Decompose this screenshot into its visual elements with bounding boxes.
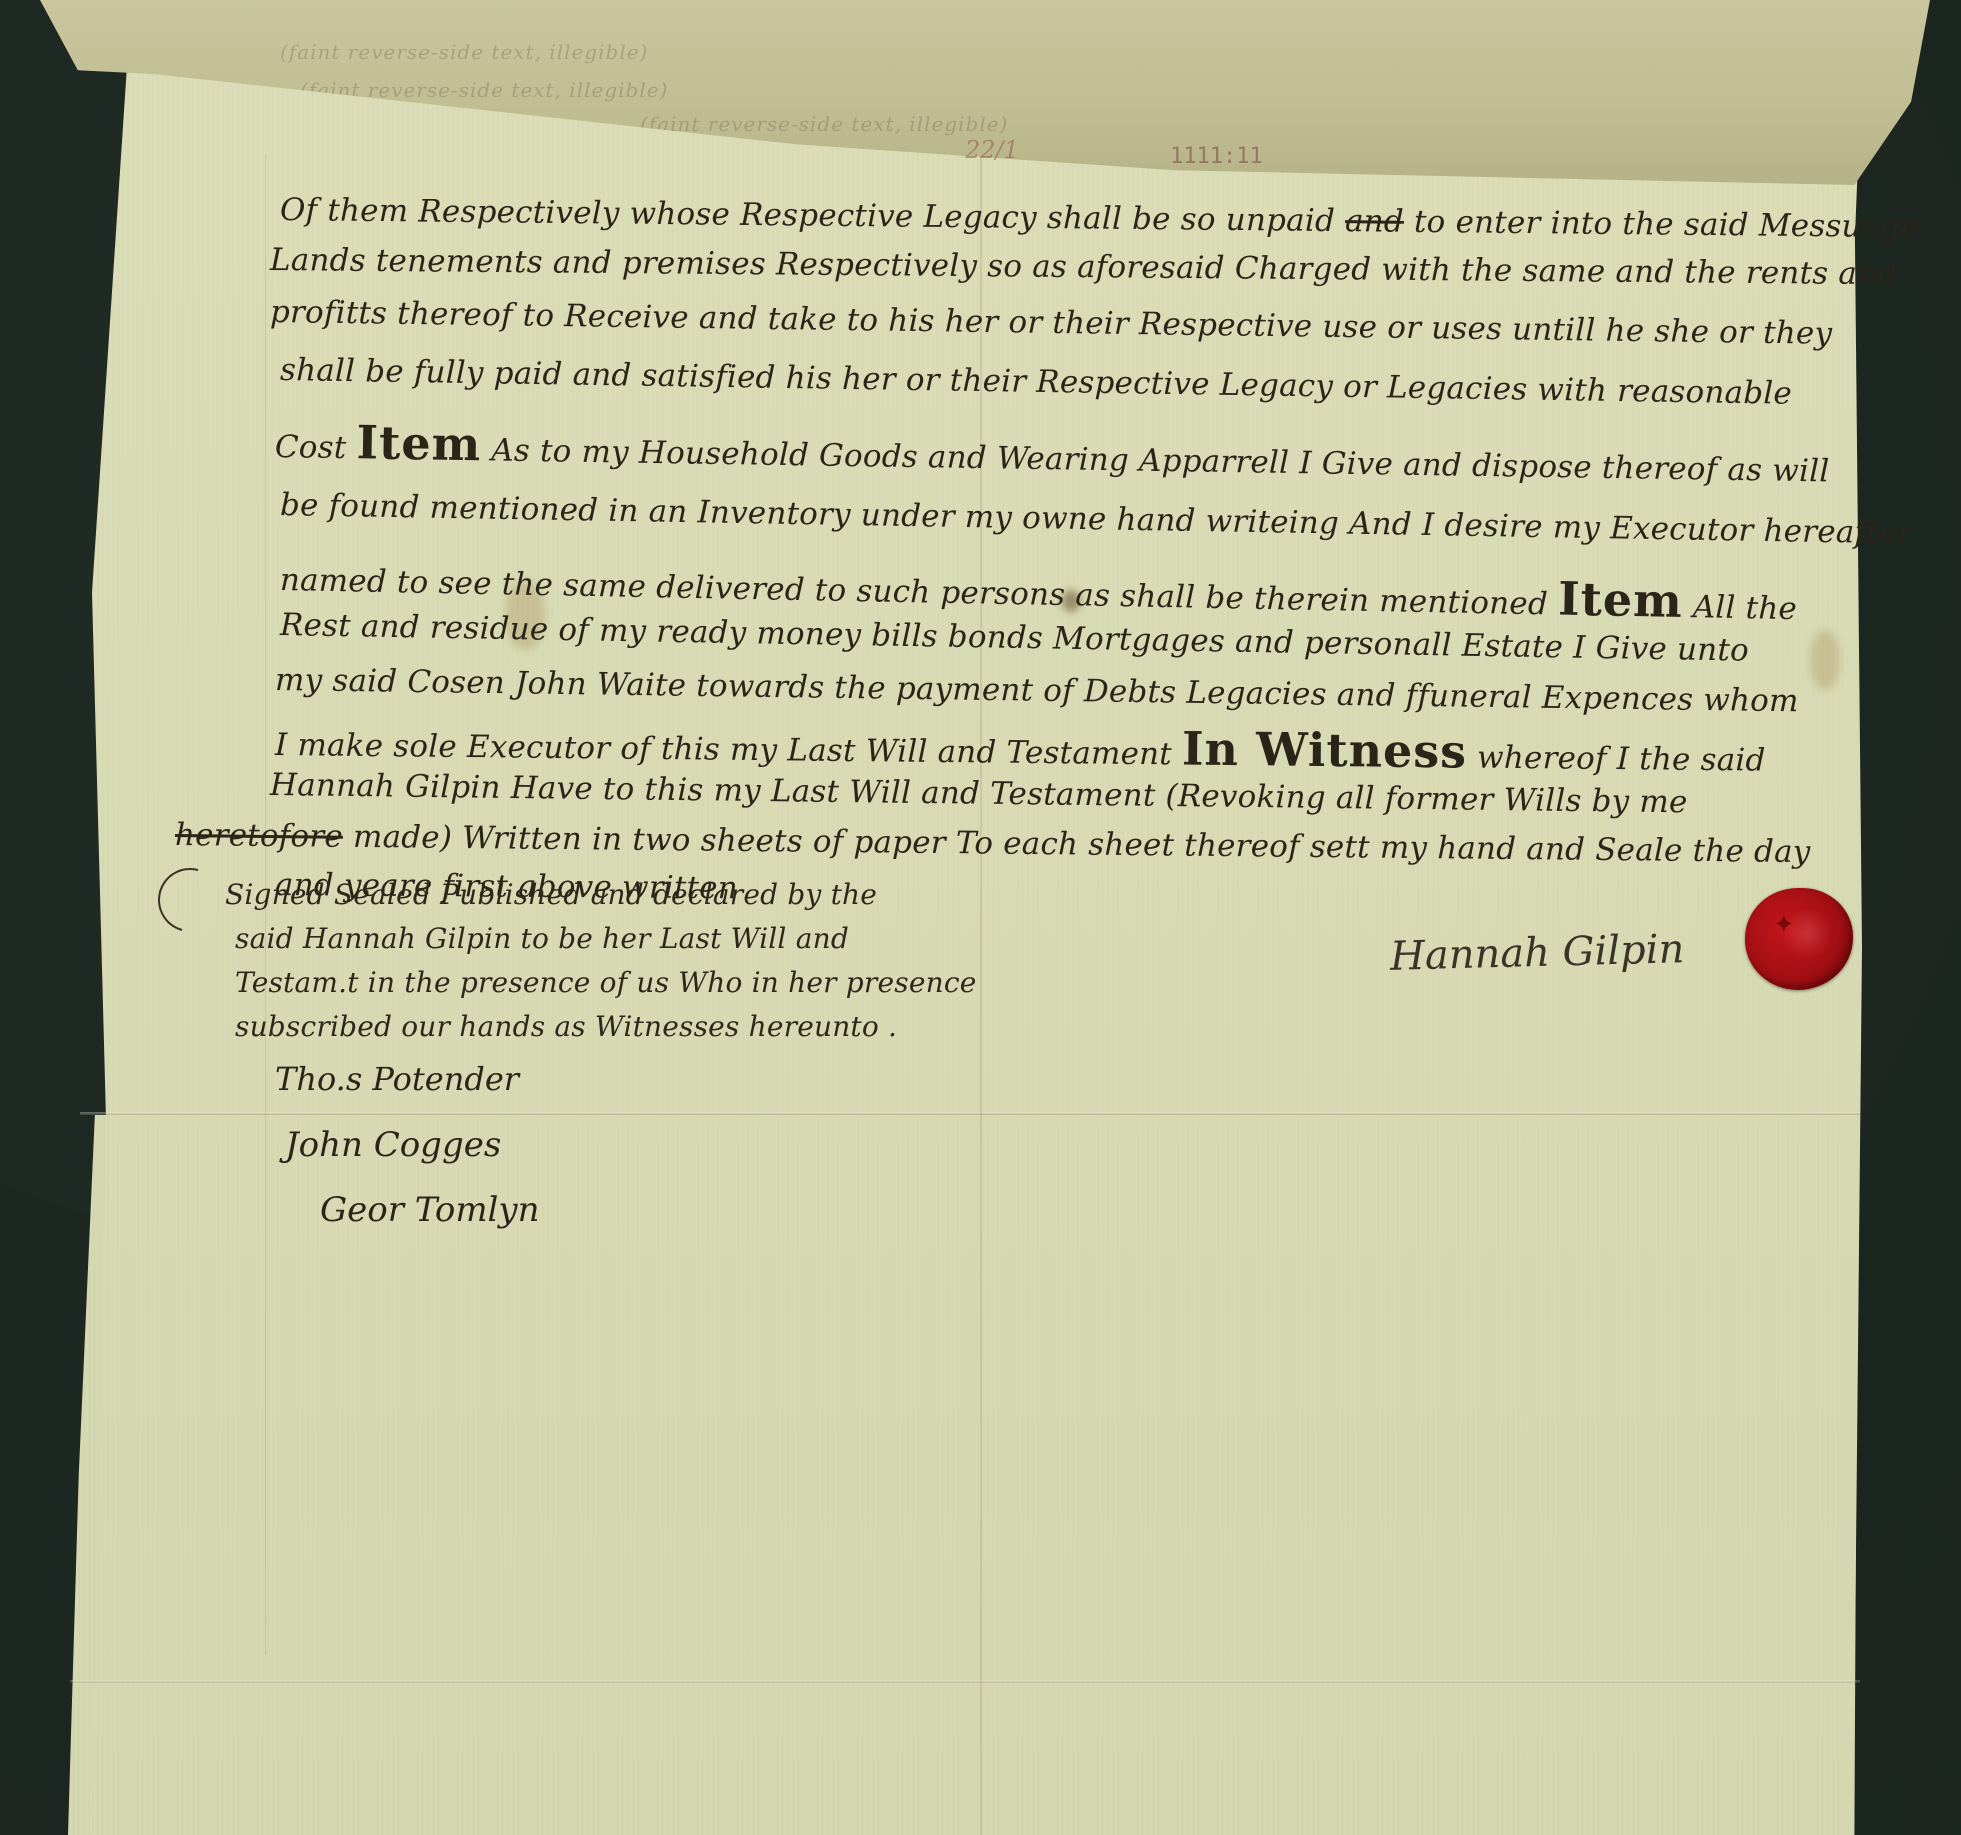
item-heading: Item	[1558, 572, 1684, 628]
archive-reference-number: 1111:11	[1170, 144, 1263, 169]
testator-signature: Hannah Gilpin	[1389, 926, 1684, 980]
witness-signature-1: Tho.s Potender	[275, 1060, 519, 1098]
in-witness-heading: In Witness	[1182, 722, 1468, 779]
wax-seal-icon: ✦	[1745, 888, 1853, 990]
fold-crease-horizontal	[80, 1112, 1860, 1115]
fold-crease-horizontal-lower	[70, 1680, 1860, 1683]
reverse-text-line: (faint reverse-side text, illegible)	[280, 40, 648, 64]
attestation-line-1: Signed Sealed Published and declared by …	[225, 878, 877, 911]
line-text: I make sole Executor of this my Last Wil…	[275, 727, 1182, 772]
line-text: All the	[1682, 589, 1797, 627]
reverse-text-line: (faint reverse-side text, illegible)	[640, 112, 1008, 136]
struck-word: and	[1345, 203, 1404, 240]
attestation-line-4: subscribed our hands as Witnesses hereun…	[235, 1010, 897, 1043]
paper-stain	[1810, 630, 1840, 690]
struck-word: heretofore	[175, 817, 343, 855]
attestation-line-3: Testam.t in the presence of us Who in he…	[235, 966, 977, 999]
line-text: to enter into the said Messuage	[1404, 204, 1919, 245]
manuscript-scan: (faint reverse-side text, illegible) (fa…	[0, 0, 1961, 1835]
archive-pencil-reference: 22/1	[965, 136, 1019, 164]
item-heading: Item	[356, 415, 482, 471]
seal-impression: ✦	[1773, 910, 1795, 940]
attestation-line-2: said Hannah Gilpin to be her Last Will a…	[235, 922, 849, 955]
line-text: Cost	[275, 429, 357, 466]
witness-signature-2: John Cogges	[285, 1125, 501, 1165]
witness-signature-3: Geor Tomlyn	[320, 1190, 540, 1230]
line-text: whereof I the said	[1467, 739, 1766, 778]
